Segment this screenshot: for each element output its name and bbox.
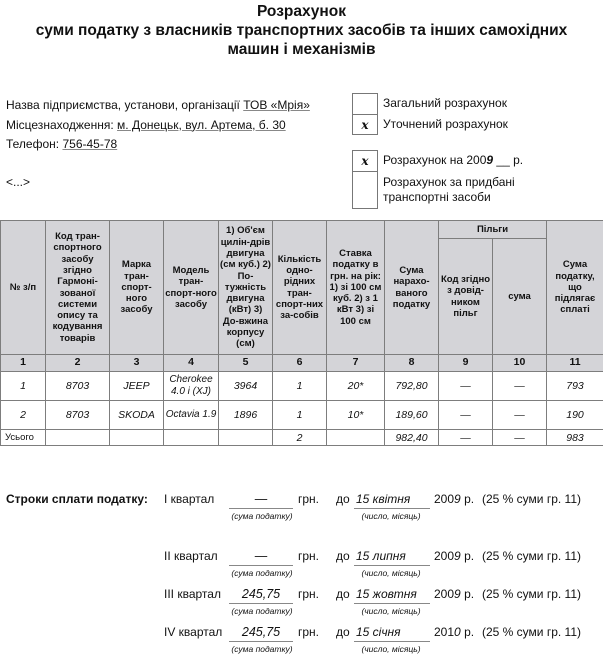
cell-rate: 20* xyxy=(327,372,385,401)
checkbox-box[interactable]: x xyxy=(352,150,378,171)
quarter-note: (25 % суми гр. 11) xyxy=(482,625,581,639)
year-digit: 9 xyxy=(454,492,461,506)
amount-caption: (сума податку) xyxy=(227,606,297,616)
column-number: 4 xyxy=(164,355,219,372)
date-caption: (число, місяць) xyxy=(354,606,428,616)
date-caption: (число, місяць) xyxy=(354,511,428,521)
cell-engine: 3964 xyxy=(219,372,273,401)
cell-code: 8703 xyxy=(46,401,110,430)
checkbox-box[interactable] xyxy=(352,93,378,114)
checkbox-label: Розрахунок на 2009 __ р. xyxy=(378,150,523,171)
quarter-amount-field[interactable]: — xyxy=(229,492,293,509)
year-prefix: 201 xyxy=(434,625,454,639)
total-benefit-sum: — xyxy=(493,430,547,446)
cell-empty xyxy=(110,430,164,446)
org-phone-line: Телефон: 756-45-78 xyxy=(6,135,310,155)
cell-accrued: 792,80 xyxy=(385,372,439,401)
total-label: Усього xyxy=(1,430,46,446)
cell-benefit-sum: — xyxy=(493,401,547,430)
column-numbers-row: 1 2 3 4 5 6 7 8 9 10 11 xyxy=(1,355,603,372)
cell-benefit-sum: — xyxy=(493,372,547,401)
currency-label: грн. xyxy=(298,549,319,563)
until-label: до xyxy=(336,549,350,563)
quarter-date-field[interactable]: 15 липня xyxy=(354,549,430,566)
label-year-digit: 9 xyxy=(486,153,493,168)
until-label: до xyxy=(336,587,350,601)
header-engine: 1) Об'єм цилін-дрів двигуна (см куб.) 2)… xyxy=(219,221,273,355)
title-line-3: машин і механізмів xyxy=(0,40,603,59)
year-prefix: 200 xyxy=(434,587,454,601)
column-number: 6 xyxy=(273,355,327,372)
column-number: 2 xyxy=(46,355,110,372)
cell-number: 2 xyxy=(1,401,46,430)
until-label: до xyxy=(336,625,350,639)
header-accrued: Сума нарахо-ваного податку xyxy=(385,221,439,355)
table-row: 2 8703 SKODA Octavia 1.9 1896 1 10* 189,… xyxy=(1,401,603,430)
header-rate: Ставка податку в грн. на рік: 1) зі 100 … xyxy=(327,221,385,355)
document-title: Розрахунок суми податку з власників тран… xyxy=(0,2,603,59)
cell-accrued: 189,60 xyxy=(385,401,439,430)
header-quantity: Кількість одно-рідних тран-спорт-них за-… xyxy=(273,221,327,355)
cell-code: 8703 xyxy=(46,372,110,401)
quarter-date-field[interactable]: 15 січня xyxy=(354,625,430,642)
label-suffix: __ р. xyxy=(493,153,523,168)
checkbox-year-calc[interactable]: x Розрахунок на 2009 __ р. xyxy=(352,150,533,171)
total-benefit-code: — xyxy=(439,430,493,446)
quarter-row: II квартал—(сума податку)грн.до15 липня(… xyxy=(164,549,603,587)
cell-brand: SKODA xyxy=(110,401,164,430)
cell-benefit-code: — xyxy=(439,372,493,401)
quarter-date-field[interactable]: 15 квітня xyxy=(354,492,430,509)
org-location-line: Місцезнаходження: м. Донецьк, вул. Артем… xyxy=(6,116,310,136)
amount-caption: (сума податку) xyxy=(227,568,297,578)
header-model: Модель тран-спорт-ного засобу xyxy=(164,221,219,355)
quarter-row: IV квартал245,75(сума податку)грн.до15 с… xyxy=(164,625,603,663)
column-number: 10 xyxy=(493,355,547,372)
year-digit: 9 xyxy=(454,549,461,563)
checkbox-box[interactable] xyxy=(352,171,378,209)
header-benefits: Пільги xyxy=(439,221,547,239)
cell-rate: 10* xyxy=(327,401,385,430)
cell-engine: 1896 xyxy=(219,401,273,430)
year-prefix: 200 xyxy=(434,492,454,506)
quarter-year: 2010 р. xyxy=(434,625,474,639)
tax-calculation-table: № з/п Код тран-спортного засобу згідно Г… xyxy=(0,220,603,446)
org-location-value[interactable]: м. Донецьк, вул. Артема, б. 30 xyxy=(117,118,286,132)
quarter-row: I квартал—(сума податку)грн.до15 квітня(… xyxy=(164,492,603,530)
cell-empty xyxy=(46,430,110,446)
cell-benefit-code: — xyxy=(439,401,493,430)
currency-label: грн. xyxy=(298,492,319,506)
total-accrued: 982,40 xyxy=(385,430,439,446)
org-name-line: Назва підприємства, установи, організаці… xyxy=(6,96,310,116)
header-brand: Марка тран-спорт-ного засобу xyxy=(110,221,164,355)
calc-period-checkboxes: x Розрахунок на 2009 __ р. Розрахунок за… xyxy=(352,150,533,209)
quarter-amount-field[interactable]: — xyxy=(229,549,293,566)
quarter-note: (25 % суми гр. 11) xyxy=(482,492,581,506)
title-line-2: суми податку з власників транспортних за… xyxy=(0,21,603,40)
quarter-name: I квартал xyxy=(164,492,214,506)
year-suffix: р. xyxy=(464,492,474,506)
column-number: 9 xyxy=(439,355,493,372)
header-row-number: № з/п xyxy=(1,221,46,355)
header-vehicle-code: Код тран-спортного засобу згідно Гармоні… xyxy=(46,221,110,355)
quarter-note: (25 % суми гр. 11) xyxy=(482,549,581,563)
cell-brand: JEEP xyxy=(110,372,164,401)
column-number: 8 xyxy=(385,355,439,372)
year-digit: 0 xyxy=(454,625,461,639)
until-label: до xyxy=(336,492,350,506)
quarter-name: IV квартал xyxy=(164,625,222,639)
quarter-year: 2009 р. xyxy=(434,587,474,601)
cell-model: Octavia 1.9 xyxy=(164,401,219,430)
title-line-1: Розрахунок xyxy=(0,2,603,21)
quarter-row: III квартал245,75(сума податку)грн.до15 … xyxy=(164,587,603,625)
cell-payable: 793 xyxy=(547,372,603,401)
currency-label: грн. xyxy=(298,587,319,601)
quarter-date-field[interactable]: 15 жовтня xyxy=(354,587,430,604)
quarter-amount-field[interactable]: 245,75 xyxy=(229,587,293,604)
currency-label: грн. xyxy=(298,625,319,639)
year-suffix: р. xyxy=(464,625,474,639)
cell-model: Cherokee 4.0 i (XJ) xyxy=(164,372,219,401)
org-phone-label: Телефон: xyxy=(6,137,59,151)
omission-mark: <...> xyxy=(6,173,310,193)
column-number: 1 xyxy=(1,355,46,372)
year-suffix: р. xyxy=(464,549,474,563)
checkbox-refined-calc[interactable]: x Уточнений розрахунок xyxy=(352,114,508,135)
quarter-year: 2009 р. xyxy=(434,549,474,563)
label-prefix: Розрахунок на 200 xyxy=(383,153,486,168)
total-quantity: 2 xyxy=(273,430,327,446)
year-digit: 9 xyxy=(454,587,461,601)
table-row: 1 8703 JEEP Cherokee 4.0 i (XJ) 3964 1 2… xyxy=(1,372,603,401)
organization-info: Назва підприємства, установи, організаці… xyxy=(6,96,310,192)
quarter-name: II квартал xyxy=(164,549,218,563)
schedule-title: Строки сплати податку: xyxy=(6,492,148,506)
org-phone-value[interactable]: 756-45-78 xyxy=(62,137,117,151)
checkbox-box[interactable]: x xyxy=(352,114,378,135)
quarter-amount-field[interactable]: 245,75 xyxy=(229,625,293,642)
column-number: 11 xyxy=(547,355,603,372)
total-payable: 983 xyxy=(547,430,603,446)
header-payable: Сума податку, що підлягає сплаті xyxy=(547,221,603,355)
cell-empty xyxy=(327,430,385,446)
header-benefit-code: Код згідно з довід-ником пільг xyxy=(439,239,493,355)
checkbox-label: Розрахунок за придбані транспортні засоб… xyxy=(378,171,533,209)
quarter-note: (25 % суми гр. 11) xyxy=(482,587,581,601)
amount-caption: (сума податку) xyxy=(227,511,297,521)
checkbox-acquired-calc[interactable]: Розрахунок за придбані транспортні засоб… xyxy=(352,171,533,209)
date-caption: (число, місяць) xyxy=(354,644,428,654)
cell-quantity: 1 xyxy=(273,401,327,430)
cell-empty xyxy=(219,430,273,446)
year-suffix: р. xyxy=(464,587,474,601)
org-location-label: Місцезнаходження: xyxy=(6,118,114,132)
quarter-year: 2009 р. xyxy=(434,492,474,506)
column-number: 7 xyxy=(327,355,385,372)
checkbox-general-calc[interactable]: Загальний розрахунок xyxy=(352,93,508,114)
column-number: 5 xyxy=(219,355,273,372)
quarter-name: III квартал xyxy=(164,587,221,601)
column-number: 3 xyxy=(110,355,164,372)
cell-payable: 190 xyxy=(547,401,603,430)
checkbox-label: Загальний розрахунок xyxy=(378,93,507,114)
header-benefit-sum: сума xyxy=(493,239,547,355)
org-name-value[interactable]: ТОВ «Мрія» xyxy=(243,98,310,112)
total-row: Усього 2 982,40 — — 983 xyxy=(1,430,603,446)
calc-type-checkboxes: Загальний розрахунок x Уточнений розраху… xyxy=(352,93,508,135)
org-name-label: Назва підприємства, установи, організаці… xyxy=(6,98,240,112)
year-prefix: 200 xyxy=(434,549,454,563)
amount-caption: (сума податку) xyxy=(227,644,297,654)
cell-number: 1 xyxy=(1,372,46,401)
cell-quantity: 1 xyxy=(273,372,327,401)
cell-empty xyxy=(164,430,219,446)
date-caption: (число, місяць) xyxy=(354,568,428,578)
checkbox-label: Уточнений розрахунок xyxy=(378,114,508,135)
